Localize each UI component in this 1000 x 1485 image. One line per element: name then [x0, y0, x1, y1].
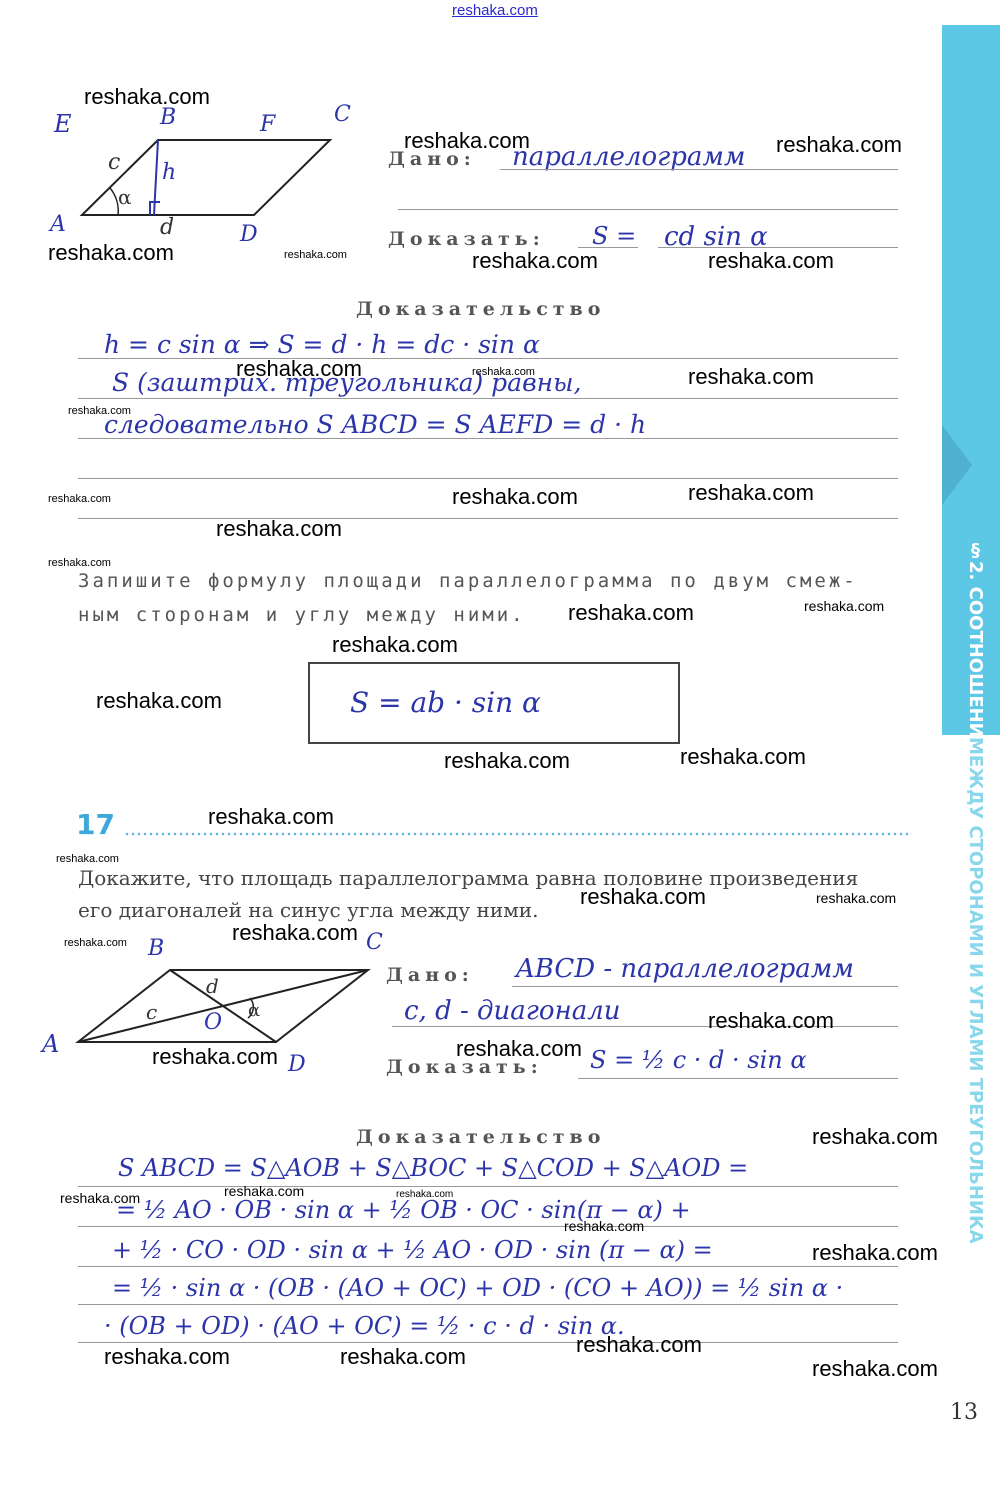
- given2-line-2: c, d - диагонали: [404, 996, 621, 1026]
- watermark: reshaka.com: [456, 1036, 582, 1062]
- vertex-c-label: C: [334, 102, 351, 127]
- watermark: reshaka.com: [444, 748, 570, 774]
- side-c-label: c: [108, 150, 120, 175]
- watermark: reshaka.com: [708, 1008, 834, 1034]
- watermark: reshaka.com: [48, 240, 174, 266]
- watermark: reshaka.com: [396, 1189, 453, 1200]
- given-value-1: параллелограмм: [512, 142, 746, 172]
- prove-value-2: S = ½ c · d · sin α: [590, 1046, 807, 1074]
- watermark: reshaka.com: [284, 249, 347, 261]
- watermark: reshaka.com: [568, 600, 694, 626]
- question-line-1: Запишите формулу площади параллелограмма…: [78, 570, 858, 592]
- watermark: reshaka.com: [60, 1190, 140, 1206]
- proof2-line-3: + ½ · CO · OD · sin α + ½ AO · OD · sin …: [112, 1236, 713, 1264]
- watermark: reshaka.com: [236, 356, 362, 382]
- proof1-line-3: следовательно S ABCD = S AEFD = d · h: [104, 410, 646, 439]
- task17-statement-2: его диагоналей на синус угла между ними.: [78, 898, 538, 922]
- vertex-d-label: D: [240, 222, 258, 247]
- diagonal-c-label: c: [146, 1000, 157, 1024]
- vertex-a-label-2: A: [42, 1030, 59, 1058]
- watermark: reshaka.com: [688, 364, 814, 390]
- watermark: reshaka.com: [48, 493, 111, 505]
- watermark: reshaka.com: [812, 1124, 938, 1150]
- watermark: reshaka.com: [232, 920, 358, 946]
- proof2-line-5: · (OB + OD) · (AO + OC) = ½ · c · d · si…: [104, 1312, 625, 1340]
- chapter-title-top: §2. СООТНОШЕНИЯ: [956, 540, 986, 752]
- proof2-rule-4: [78, 1304, 898, 1305]
- answer-formula: S = ab · sin α: [350, 686, 541, 719]
- proof1-rule-3: [78, 438, 898, 439]
- proof2-line-1: S ABCD = S△AOB + S△BOC + S△COD + S△AOD =: [118, 1154, 748, 1182]
- watermark: reshaka.com: [812, 1356, 938, 1382]
- chapter-title-bottom: МЕЖДУ СТОРОНАМИ И УГЛАМИ ТРЕУГОЛЬНИКА: [956, 737, 986, 1244]
- given2-rule-1: [512, 986, 898, 987]
- vertex-e-label: E: [54, 110, 72, 138]
- proof2-rule-1: [78, 1186, 898, 1187]
- proof2-rule-5: [78, 1342, 898, 1343]
- watermark: reshaka.com: [208, 804, 334, 830]
- given-line-2: [398, 209, 898, 210]
- chapter-sidebar: §2. СООТНОШЕНИЯ МЕЖДУ СТОРОНАМИ И УГЛАМИ…: [942, 25, 1000, 1285]
- watermark: reshaka.com: [564, 1218, 644, 1234]
- angle-alpha-label-2: α: [248, 1000, 260, 1021]
- watermark: reshaka.com: [816, 890, 896, 906]
- given-label-2: Дано:: [386, 964, 474, 986]
- vertex-a-label: A: [50, 212, 66, 237]
- watermark: reshaka.com: [708, 248, 834, 274]
- watermark: reshaka.com: [776, 132, 902, 158]
- watermark: reshaka.com: [96, 688, 222, 714]
- dotted-separator: [124, 832, 912, 836]
- page-number: 13: [950, 1400, 978, 1425]
- watermark: reshaka.com: [472, 248, 598, 274]
- proof1-rule-2: [78, 398, 898, 399]
- prove-label-1: Доказать:: [388, 228, 545, 250]
- watermark: reshaka.com: [64, 937, 127, 949]
- proof1-line-1: h = c sin α ⇒ S = d · h = dc · sin α: [104, 330, 540, 359]
- tab-arrow-icon: [942, 425, 972, 505]
- given-line-1: [500, 169, 898, 170]
- proof-title-2: Доказательство: [356, 1126, 605, 1148]
- diagonal-d-label: d: [206, 974, 219, 998]
- prove-value-left: S =: [592, 222, 636, 250]
- watermark: reshaka.com: [576, 1332, 702, 1358]
- watermark: reshaka.com: [812, 1240, 938, 1266]
- watermark: reshaka.com: [84, 84, 210, 110]
- center-o-label: O: [204, 1010, 222, 1035]
- watermark: reshaka.com: [216, 516, 342, 542]
- watermark: reshaka.com: [48, 557, 111, 569]
- watermark: reshaka.com: [688, 480, 814, 506]
- watermark: reshaka.com: [332, 632, 458, 658]
- angle-alpha-label: α: [118, 185, 132, 209]
- side-d-label: d: [160, 215, 174, 240]
- proof1-rule-4: [78, 478, 898, 479]
- watermark: reshaka.com: [56, 853, 119, 865]
- proof-title-1: Доказательство: [356, 298, 605, 320]
- watermark: reshaka.com: [452, 484, 578, 510]
- watermark: reshaka.com: [152, 1044, 278, 1070]
- task-number: 17: [76, 808, 115, 841]
- proof2-rule-2: [78, 1226, 898, 1227]
- parallelogram-figure-1: [40, 100, 360, 260]
- watermark: reshaka.com: [104, 1344, 230, 1370]
- watermark: reshaka.com: [404, 128, 530, 154]
- question-line-2: ным сторонам и углу между ними.: [78, 604, 526, 626]
- proof1-rule-5: [78, 518, 898, 519]
- proof1-rule-1: [78, 358, 898, 359]
- watermark: reshaka.com: [340, 1344, 466, 1370]
- watermark: reshaka.com: [68, 405, 131, 417]
- top-watermark-link[interactable]: reshaka.com: [452, 2, 538, 19]
- task17-statement-1: Докажите, что площадь параллелограмма ра…: [78, 866, 858, 890]
- height-h-label: h: [162, 160, 176, 185]
- vertex-f-label: F: [260, 112, 275, 137]
- vertex-c-label-2: C: [366, 930, 383, 955]
- prove2-rule: [578, 1078, 898, 1079]
- proof2-rule-3: [78, 1266, 898, 1267]
- watermark: reshaka.com: [804, 598, 884, 614]
- vertex-b-label-2: B: [148, 936, 164, 961]
- vertex-d-label-2: D: [288, 1052, 306, 1077]
- watermark: reshaka.com: [224, 1183, 304, 1199]
- watermark: reshaka.com: [680, 744, 806, 770]
- given2-line-1: ABCD - параллелограмм: [516, 954, 854, 984]
- watermark: reshaka.com: [580, 884, 706, 910]
- watermark: reshaka.com: [472, 366, 535, 378]
- answer-box[interactable]: S = ab · sin α: [308, 662, 680, 744]
- proof2-line-4: = ½ · sin α · (OB · (AO + OC) + OD · (CO…: [112, 1274, 843, 1302]
